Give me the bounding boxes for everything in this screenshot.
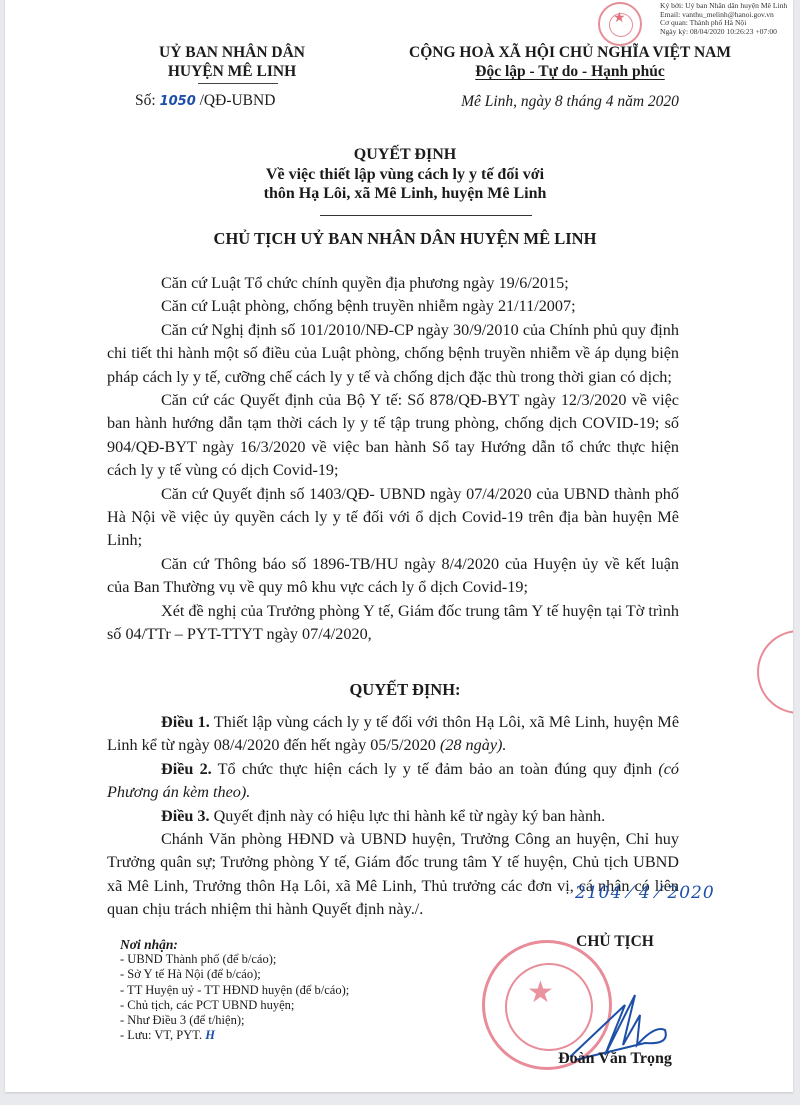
article-3: Điều 3. Quyết định này có hiệu lực thi h… [107, 805, 679, 828]
digital-signature-info: Ký bởi: Uỷ ban Nhân dân huyện Mê Linh Em… [660, 2, 793, 36]
divider [198, 83, 278, 84]
article-2: Điều 2. Tổ chức thực hiện cách ly y tế đ… [107, 758, 679, 805]
preamble-item: Xét đề nghị của Trưởng phòng Y tế, Giám … [107, 600, 679, 647]
recipients-heading: Nơi nhận: [120, 937, 420, 952]
article-text: Quyết định này có hiệu lực thi hành kể t… [210, 807, 606, 825]
document-number: Số: 1050 /QĐ-UBND [135, 92, 335, 110]
place-date: Mê Linh, ngày 8 tháng 4 năm 2020 [340, 93, 793, 111]
issuing-agency: UỶ BAN NHÂN DÂN HUYỆN MÊ LINH [132, 43, 332, 81]
preamble-item: Căn cứ Luật phòng, chống bệnh truyền nhi… [107, 295, 679, 318]
recipient-item: - Sở Y tế Hà Nội (để b/cáo); [120, 967, 420, 982]
recipients: Nơi nhận: - UBND Thành phố (để b/cáo); -… [120, 937, 420, 1043]
subject-line-1: Về việc thiết lập vùng cách ly y tế đối … [105, 165, 705, 185]
execution-clause: Chánh Văn phòng HĐND và UBND huyện, Trưở… [107, 828, 679, 922]
document-page: ★ Ký bởi: Uỷ ban Nhân dân huyện Mê Linh … [5, 0, 793, 1092]
recipient-item: - Như Điều 3 (để t/hiện); [120, 1013, 420, 1028]
article-label: Điều 3. [161, 807, 210, 825]
signer-name: Đoàn Văn Trọng [505, 1050, 725, 1068]
star-icon: ★ [527, 975, 554, 1010]
national-header: CỘNG HOÀ XÃ HỘI CHỦ NGHĨA VIỆT NAM Độc l… [340, 43, 793, 81]
recipient-item: - UBND Thành phố (để b/cáo); [120, 952, 420, 967]
doc-no-prefix: Số: [135, 92, 156, 109]
agency-line-2: HUYỆN MÊ LINH [132, 62, 332, 81]
preamble-item: Căn cứ Nghị định số 101/2010/NĐ-CP ngày … [107, 319, 679, 389]
article-note: (28 ngày). [440, 736, 507, 754]
title-type: QUYẾT ĐỊNH [105, 145, 705, 165]
handwritten-initial: H [205, 1028, 215, 1042]
article-text: Tổ chức thực hiện cách ly y tế đảm bảo a… [212, 760, 659, 778]
doc-no-handwritten: 1050 [160, 94, 196, 109]
preamble-item: Căn cứ các Quyết định của Bộ Y tế: Số 87… [107, 389, 679, 483]
authority: CHỦ TỊCH UỶ BAN NHÂN DÂN HUYỆN MÊ LINH [105, 229, 705, 249]
divider [320, 215, 532, 216]
recipient-item: - TT Huyện uỷ - TT HĐND huyện (để b/cáo)… [120, 983, 420, 998]
decision-heading: QUYẾT ĐỊNH: [105, 680, 705, 700]
star-icon: ★ [613, 10, 626, 27]
partial-seal-icon [757, 630, 793, 714]
doc-no-suffix: /QĐ-UBND [200, 92, 276, 109]
preamble-item: Căn cứ Quyết định số 1403/QĐ- UBND ngày … [107, 483, 679, 553]
handwritten-date: 2104 ⁄ 4 ⁄ 2020 [575, 883, 715, 903]
preamble-item: Căn cứ Thông báo số 1896-TB/HU ngày 8/4/… [107, 553, 679, 600]
preamble: Căn cứ Luật Tổ chức chính quyền địa phươ… [107, 272, 679, 647]
article-label: Điều 2. [161, 760, 212, 778]
document-title: QUYẾT ĐỊNH Về việc thiết lập vùng cách l… [105, 145, 705, 204]
subject-line-2: thôn Hạ Lôi, xã Mê Linh, huyện Mê Linh [105, 184, 705, 204]
recipient-item: - Lưu: VT, PYT. H [120, 1028, 420, 1043]
nation-name: CỘNG HOÀ XÃ HỘI CHỦ NGHĨA VIỆT NAM [340, 43, 793, 62]
article-label: Điều 1. [161, 713, 210, 731]
preamble-item: Căn cứ Luật Tổ chức chính quyền địa phươ… [107, 272, 679, 295]
digital-signed-at: Ngày ký: 08/04/2020 10:26:23 +07:00 [660, 28, 793, 37]
agency-line-1: UỶ BAN NHÂN DÂN [132, 43, 332, 62]
motto: Độc lập - Tự do - Hạnh phúc [475, 63, 664, 80]
signer-title: CHỦ TỊCH [535, 933, 695, 951]
article-1: Điều 1. Thiết lập vùng cách ly y tế đối … [107, 711, 679, 758]
recipient-item: - Chủ tịch, các PCT UBND huyện; [120, 998, 420, 1013]
